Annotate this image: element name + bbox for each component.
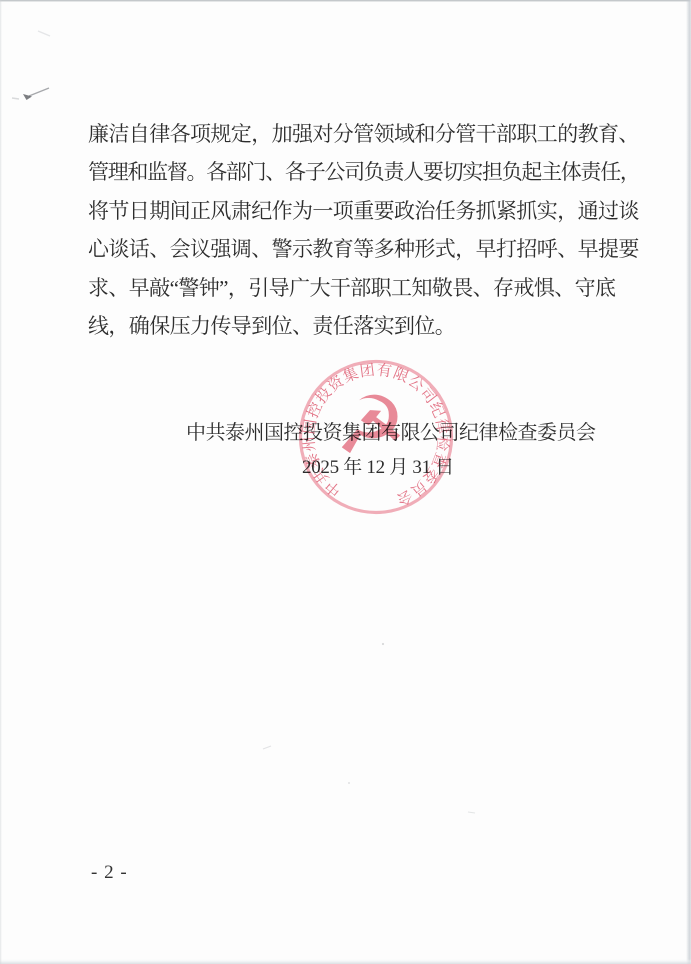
paragraph-line: 将节日期间正风肃纪作为一项重要政治任务抓紧抓实，通过谈	[88, 192, 654, 230]
body-paragraph: 廉洁自律各项规定，加强对分管领域和分管干部职工的教育、 管理和监督。各部门、各子…	[88, 115, 654, 345]
speck-artifact	[468, 812, 475, 813]
paragraph-line: 求、早敲“警钟”，引导广大干部职工知敬畏、存戒惧、守底	[88, 269, 654, 307]
paragraph-line: 管理和监督。各部门、各子公司负责人要切实担负起主体责任，	[88, 153, 654, 191]
speck-artifact	[348, 782, 350, 784]
scan-edge-right	[686, 0, 691, 964]
document-page: 廉洁自律各项规定，加强对分管领域和分管干部职工的教育、 管理和监督。各部门、各子…	[0, 0, 691, 964]
smudge-artifact	[12, 98, 19, 99]
paragraph-line: 心谈话、会议强调、警示教育等多种形式，早打招呼、早提要	[88, 230, 654, 268]
pen-mark-artifact	[29, 88, 49, 96]
page-number: - 2 -	[91, 862, 128, 884]
scan-edge-bottom	[0, 959, 691, 964]
scan-edge-top	[0, 0, 691, 2]
speck-artifact	[382, 643, 384, 645]
hammer-sickle-icon: ☭	[335, 379, 407, 472]
paragraph-line: 廉洁自律各项规定，加强对分管领域和分管干部职工的教育、	[88, 115, 654, 153]
scan-edge-left	[0, 0, 2, 964]
speck-artifact	[263, 746, 271, 749]
official-seal: 中共泰州国控投资集团有限公司纪律检查委员会 ☭	[276, 337, 476, 537]
pen-mark-artifact	[23, 94, 32, 100]
smudge-artifact	[38, 31, 50, 36]
